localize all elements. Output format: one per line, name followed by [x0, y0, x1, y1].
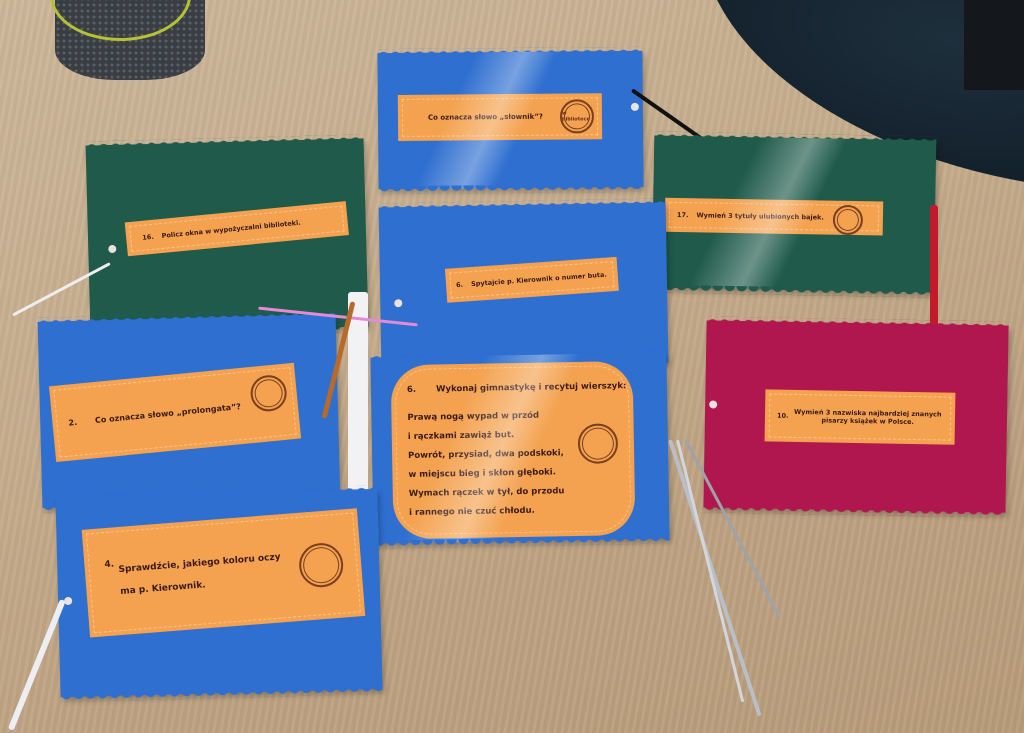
card-pisarze: 10. Wymień 3 nazwiska najbardziej znanyc…	[703, 320, 1008, 512]
label-text: Co oznacza słowo „prolongata”?	[95, 402, 242, 425]
library-stamp	[249, 374, 288, 413]
label-text: Wymień 3 tytuły ulubionych bajek.	[696, 211, 824, 221]
label-text: Spytajcie p. Kierownik o numer buta.	[471, 271, 607, 288]
card-label: 17. Wymień 3 tytuły ulubionych bajek.	[667, 200, 881, 234]
card-gimnastyka: 6. Wykonaj gimnastykę i recytuj wierszyk…	[370, 352, 669, 543]
ribbon-hole	[108, 245, 116, 253]
card-okna: 16. Policz okna w wypożyczalni bibliotek…	[86, 138, 369, 333]
card-slownik: Co oznacza słowo „słownik”? w bibliotece	[377, 51, 643, 189]
library-stamp	[578, 423, 619, 464]
chair-corner	[964, 0, 1024, 90]
card-label: 16. Policz okna w wypożyczalni bibliotek…	[127, 203, 347, 254]
photo-scene: Co oznacza słowo „słownik”? w bibliotece…	[0, 0, 1024, 733]
label-number: 17.	[677, 211, 689, 219]
label-text: Co oznacza słowo „słownik”?	[428, 113, 543, 122]
card-label: Co oznacza słowo „słownik”? w bibliotece	[400, 95, 600, 139]
card-oczy: 4. Sprawdźcie, jakiego koloru oczy ma p.…	[55, 489, 382, 697]
label-text: Wymień 3 nazwiska najbardziej znanych pi…	[792, 408, 943, 427]
library-stamp: w bibliotece	[560, 99, 594, 133]
stamp-text: w bibliotece	[562, 110, 592, 122]
card-label: 6. Wykonaj gimnastykę i recytuj wierszyk…	[393, 363, 634, 537]
label-number: 6.	[407, 385, 416, 395]
card-label: 10. Wymień 3 nazwiska najbardziej znanyc…	[767, 391, 954, 442]
label-number: 6.	[456, 281, 464, 289]
ribbon-hole	[709, 400, 717, 408]
card-label: 4. Sprawdźcie, jakiego koloru oczy ma p.…	[84, 510, 363, 635]
card-but: 6. Spytajcie p. Kierownik o numer buta.	[379, 203, 669, 368]
label-text: Sprawdźcie, jakiego koloru oczy ma p. Ki…	[118, 546, 291, 603]
card-prolongata: 2. Co oznacza słowo „prolongata”?	[38, 314, 341, 508]
ribbon-hole	[631, 103, 639, 111]
label-number: 16.	[142, 233, 154, 242]
library-stamp	[298, 542, 345, 589]
ribbon-hole	[64, 597, 72, 605]
poem-line: Wymach rączek w tył, do przodu	[409, 482, 565, 504]
label-text: Policz okna w wypożyczalni biblioteki.	[161, 219, 301, 240]
poem: Prawą nogą wypad w przód i rączkami zawi…	[407, 406, 565, 523]
card-bajki: 17. Wymień 3 tytuły ulubionych bajek.	[652, 136, 937, 293]
library-stamp	[833, 205, 864, 236]
ribbon-hole	[394, 299, 402, 307]
label-number: 2.	[68, 417, 77, 427]
label-number: 10.	[777, 412, 789, 420]
card-label: 6. Spytajcie p. Kierownik o numer buta.	[447, 259, 617, 301]
label-number: 4.	[104, 559, 117, 604]
label-text: Wykonaj gimnastykę i recytuj wierszyk:	[436, 381, 626, 394]
poem-line: i rannego nie czuć chłodu.	[409, 501, 565, 523]
card-label: 2. Co oznacza słowo „prolongata”?	[51, 365, 299, 460]
